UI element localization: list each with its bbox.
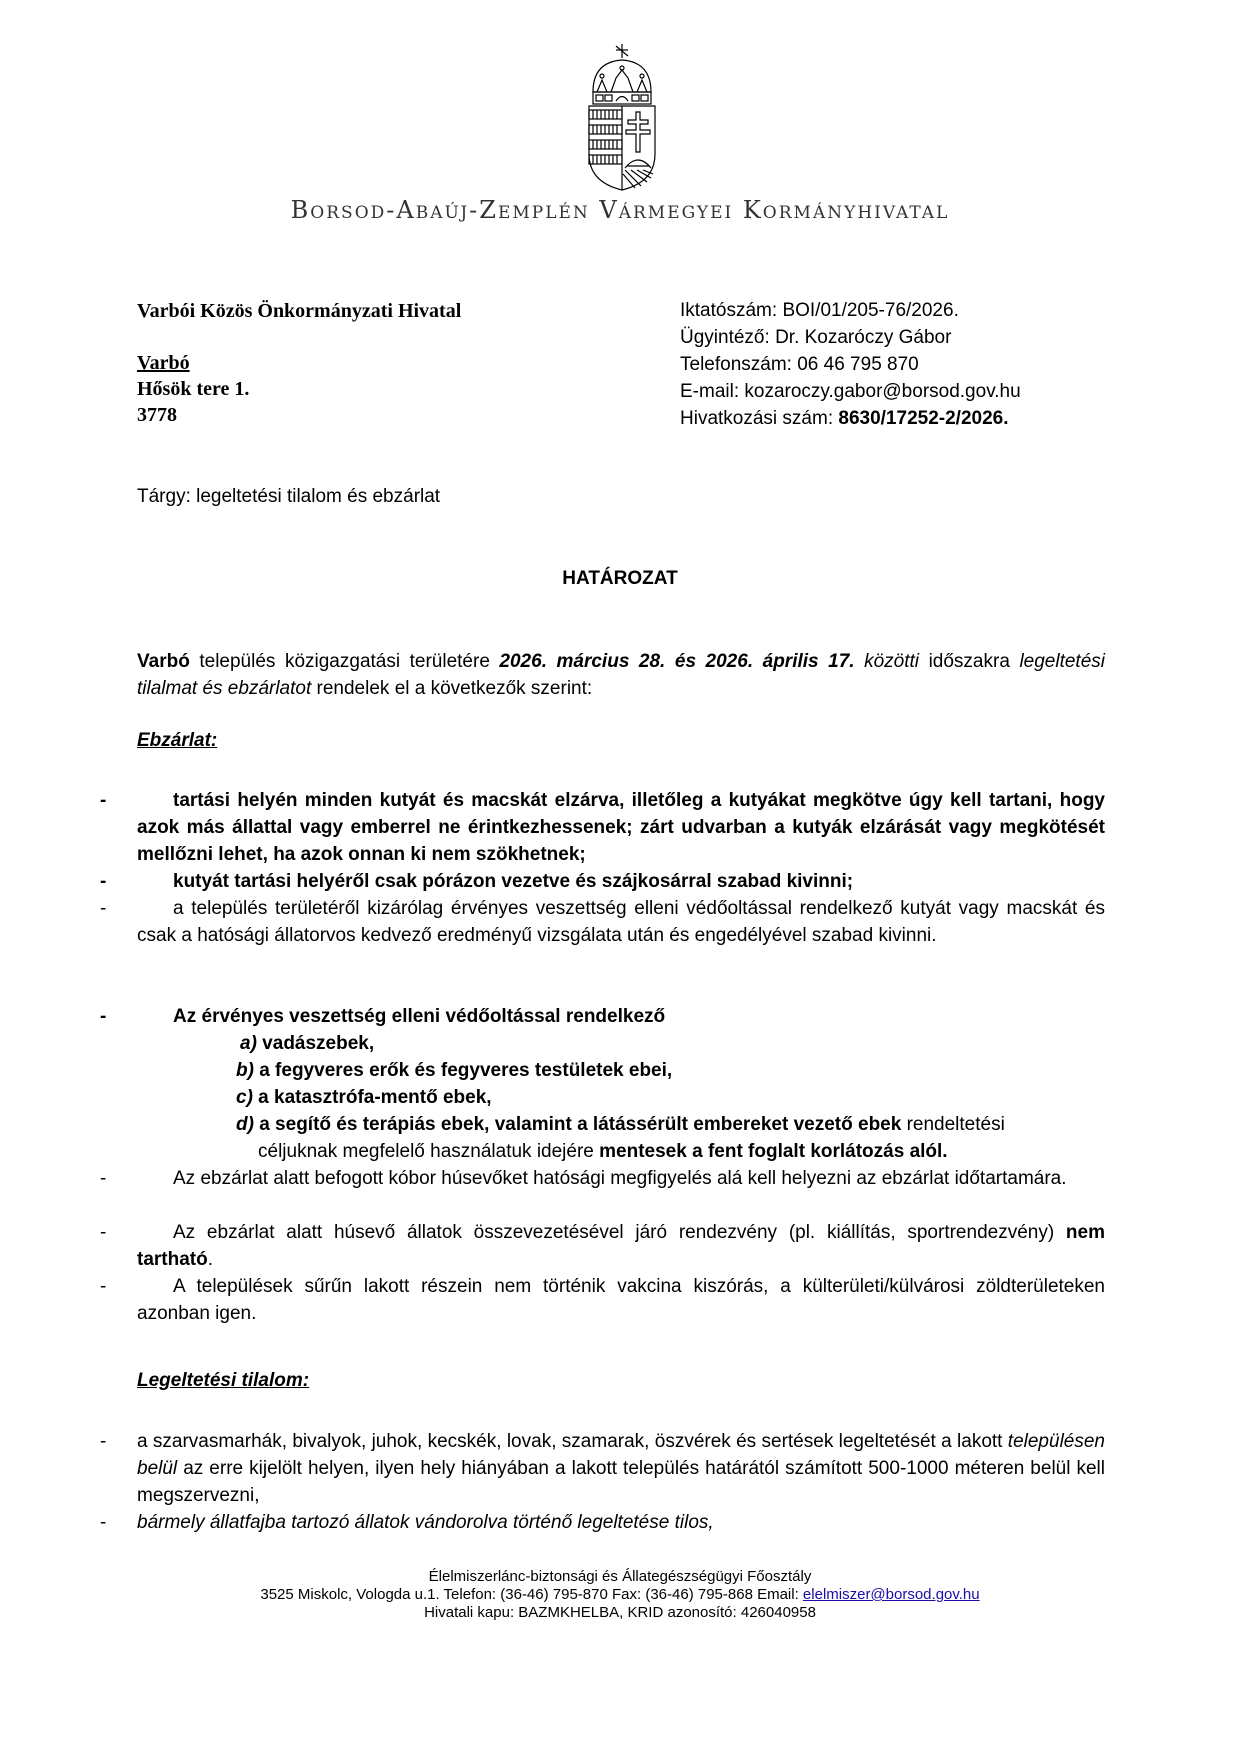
exemption-c: c) a katasztrófa-mentő ebek, bbox=[236, 1084, 492, 1111]
recipient-organization: Varbói Közös Önkormányzati Hivatal bbox=[137, 298, 461, 324]
footer: Élelmiszerlánc-biztonsági és Állategészs… bbox=[0, 1568, 1240, 1622]
intro-paragraph: Varbó település közigazgatási területére… bbox=[137, 648, 1105, 702]
filing-number: BOI/01/205-76/2026. bbox=[782, 300, 958, 321]
list-item: -Az ebzárlat alatt húsevő állatok összev… bbox=[137, 1219, 1105, 1273]
list-item: -a szarvasmarhák, bivalyok, juhok, kecsk… bbox=[137, 1428, 1105, 1509]
footer-email-link[interactable]: elelmiszer@borsod.gov.hu bbox=[803, 1586, 980, 1603]
exemption-a: a) vadászebek, bbox=[240, 1030, 374, 1057]
filing-number-line: Iktatószám: BOI/01/205-76/2026. bbox=[680, 297, 1021, 324]
footer-contact: 3525 Miskolc, Vologda u.1. Telefon: (36-… bbox=[0, 1586, 1240, 1604]
heading-legeltetesi-tilalom: Legeltetési tilalom: bbox=[137, 1370, 309, 1392]
subject-line: Tárgy: legeltetési tilalom és ebzárlat bbox=[137, 486, 440, 508]
heading-ebzarlat: Ebzárlat: bbox=[137, 730, 217, 752]
reference-number: 8630/17252-2/2026. bbox=[838, 408, 1008, 429]
footer-department: Élelmiszerlánc-biztonsági és Állategészs… bbox=[0, 1568, 1240, 1586]
list-item: -a település területéről kizárólag érvén… bbox=[137, 895, 1105, 949]
hungarian-coat-of-arms-icon bbox=[585, 42, 659, 192]
exemption-d: d) a segítő és terápiás ebek, valamint a… bbox=[236, 1111, 1005, 1138]
exemption-b: b) a fegyveres erők és fegyveres testüle… bbox=[236, 1057, 672, 1084]
email-line: E-mail: kozaroczy.gabor@borsod.gov.hu bbox=[680, 378, 1021, 405]
document-title: HATÁROZAT bbox=[0, 568, 1240, 590]
recipient-street: Hősök tere 1. bbox=[137, 376, 461, 402]
recipient-postcode: 3778 bbox=[137, 402, 461, 428]
bullet: - bbox=[100, 787, 106, 814]
footer-gateway: Hivatali kapu: BAZMKHELBA, KRID azonosít… bbox=[0, 1604, 1240, 1622]
list-item: -bármely állatfajba tartozó állatok vánd… bbox=[137, 1509, 1105, 1536]
document-page: Borsod-Abaúj-Zemplén Vármegyei Kormányhi… bbox=[0, 0, 1240, 1755]
recipient-city: Varbó bbox=[137, 350, 461, 376]
phone-line: Telefonszám: 06 46 795 870 bbox=[680, 351, 1021, 378]
exemption-d-cont: céljuknak megfelelő használatuk idejére … bbox=[258, 1138, 948, 1165]
list-item: -kutyát tartási helyéről csak pórázon ve… bbox=[137, 868, 1105, 895]
list-item: -A települések sűrűn lakott részein nem … bbox=[137, 1273, 1105, 1327]
list-item-exemptions: -Az érvényes veszettség elleni védőoltás… bbox=[137, 1003, 1105, 1030]
list-item: -Az ebzárlat alatt befogott kóbor húsevő… bbox=[137, 1165, 1105, 1192]
recipient-address: Varbói Közös Önkormányzati Hivatal Varbó… bbox=[137, 298, 461, 428]
period-dates: 2026. március 28. és 2026. április 17. bbox=[499, 651, 854, 672]
officer-line: Ügyintéző: Dr. Kozaróczy Gábor bbox=[680, 324, 1021, 351]
officer-email: kozaroczy.gabor@borsod.gov.hu bbox=[744, 381, 1020, 402]
phone-number: 06 46 795 870 bbox=[797, 354, 919, 375]
list-item: -tartási helyén minden kutyát és macskát… bbox=[137, 787, 1105, 868]
officer-name: Dr. Kozaróczy Gábor bbox=[775, 327, 951, 348]
reference-block: Iktatószám: BOI/01/205-76/2026. Ügyintéz… bbox=[680, 297, 1021, 432]
reference-number-line: Hivatkozási szám: 8630/17252-2/2026. bbox=[680, 405, 1021, 432]
agency-name: Borsod-Abaúj-Zemplén Vármegyei Kormányhi… bbox=[0, 196, 1240, 224]
